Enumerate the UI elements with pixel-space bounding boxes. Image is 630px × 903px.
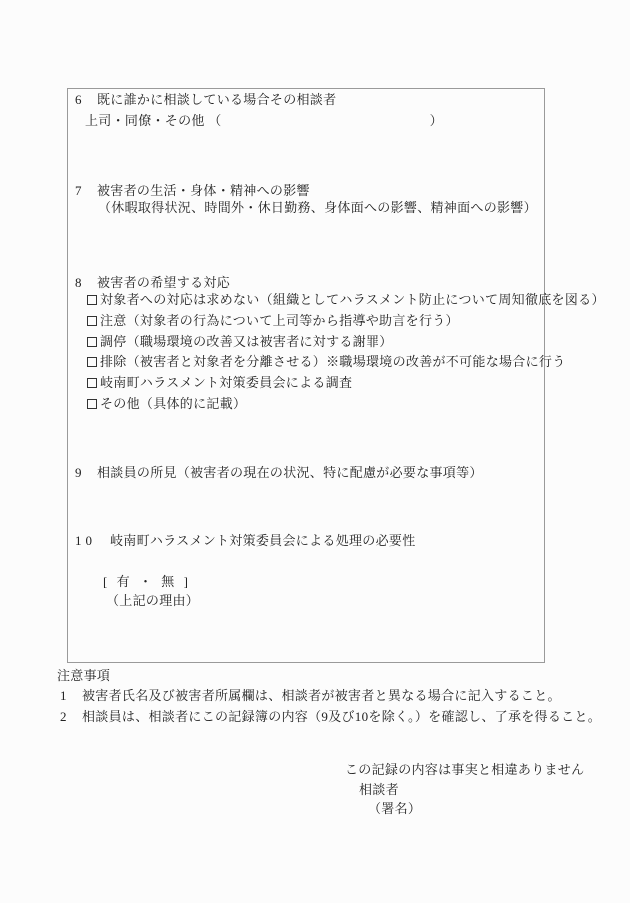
section-7-subtitle: （休暇取得状況、時間外・休日勤務、身体面への影響、精神面への影響） [98,200,537,216]
signature-role-label: 相談者 [359,782,399,798]
relations-prefix: 上司・同僚・その他 [85,113,205,128]
consulted-person-blank-field[interactable] [222,112,430,125]
notes-heading: 注意事項 [57,668,110,684]
choice-separator: ・ [139,574,152,590]
section-9-title: 相談員の所見（被害者の現在の状況、特に配慮が必要な事項等） [97,465,483,480]
section-7-heading: 7被害者の生活・身体・精神への影響 [75,183,310,199]
checkbox-item-mediation: 調停（職場環境の改善又は被害者に対する謝罪） [87,332,605,353]
signature-statement: この記録の内容は事実と相違ありません [345,762,584,778]
section-10-number: 10 [75,533,110,549]
checkbox-item-committee-investigation: 岐南町ハラスメント対策委員会による調査 [87,373,605,394]
section-10-choice-line: [有・無] [103,574,188,590]
note-item-2: 2相談員は、相談者にこの記録簿の内容（9及び10を除く。）を確認し、了承を得るこ… [60,709,601,725]
checkbox-label: その他（具体的に記載） [100,396,246,411]
checkbox-label: 対象者への対応は求めない（組織としてハラスメント防止について周知徹底を図る） [100,292,605,307]
signature-sign-label: （署名） [368,801,421,817]
open-bracket: [ [103,574,108,590]
checkbox-label: 注意（対象者の行為について上司等から指導や助言を行う） [100,313,459,328]
section-6-title: 既に誰かに相談している場合その相談者 [97,92,336,107]
checkbox-label: 岐南町ハラスメント対策委員会による調査 [100,375,352,390]
section-7-number: 7 [75,183,97,199]
section-6-heading: 6既に誰かに相談している場合その相談者 [75,92,336,108]
note-item-1: 1被害者氏名及び被害者所属欄は、相談者が被害者と異なる場合に記入すること。 [60,688,561,704]
document-page: 6既に誰かに相談している場合その相談者 上司・同僚・その他 （） 7被害者の生活… [0,0,630,903]
section-8-heading: 8被害者の希望する対応 [75,275,230,291]
note-2-number: 2 [60,709,82,725]
checkbox-unchecked-icon[interactable] [87,399,97,409]
section-10-reason-label: （上記の理由） [106,593,199,609]
checkbox-label: 調停（職場環境の改善又は被害者に対する謝罪） [100,334,393,349]
section-8-checkbox-list: 対象者への対応は求めない（組織としてハラスメント防止について周知徹底を図る） 注… [87,290,605,415]
checkbox-unchecked-icon[interactable] [87,357,97,367]
close-paren: ） [430,113,443,128]
checkbox-item-no-action: 対象者への対応は求めない（組織としてハラスメント防止について周知徹底を図る） [87,290,605,311]
section-9-number: 9 [75,465,97,481]
section-6-number: 6 [75,92,97,108]
open-paren: （ [208,113,221,128]
checkbox-item-other: その他（具体的に記載） [87,394,605,415]
note-2-text: 相談員は、相談者にこの記録簿の内容（9及び10を除く。）を確認し、了承を得ること… [82,709,601,724]
checkbox-item-caution: 注意（対象者の行為について上司等から指導や助言を行う） [87,311,605,332]
note-1-number: 1 [60,688,82,704]
section-6-relations-line: 上司・同僚・その他 （） [85,112,443,129]
option-yes[interactable]: 有 [117,574,130,590]
checkbox-unchecked-icon[interactable] [87,337,97,347]
checkbox-item-separation: 排除（被害者と対象者を分離させる）※職場環境の改善が不可能な場合に行う [87,352,605,373]
close-bracket: ] [184,574,189,590]
section-10-heading: 10岐南町ハラスメント対策委員会による処理の必要性 [75,533,416,549]
section-8-title: 被害者の希望する対応 [97,275,230,290]
checkbox-unchecked-icon[interactable] [87,378,97,388]
section-10-title: 岐南町ハラスメント対策委員会による処理の必要性 [110,533,416,548]
section-9-heading: 9相談員の所見（被害者の現在の状況、特に配慮が必要な事項等） [75,465,483,481]
checkbox-unchecked-icon[interactable] [87,295,97,305]
option-no[interactable]: 無 [161,574,174,590]
section-8-number: 8 [75,275,97,291]
note-1-text: 被害者氏名及び被害者所属欄は、相談者が被害者と異なる場合に記入すること。 [82,688,561,703]
section-7-title: 被害者の生活・身体・精神への影響 [97,183,310,198]
checkbox-label: 排除（被害者と対象者を分離させる）※職場環境の改善が不可能な場合に行う [100,354,566,369]
checkbox-unchecked-icon[interactable] [87,316,97,326]
